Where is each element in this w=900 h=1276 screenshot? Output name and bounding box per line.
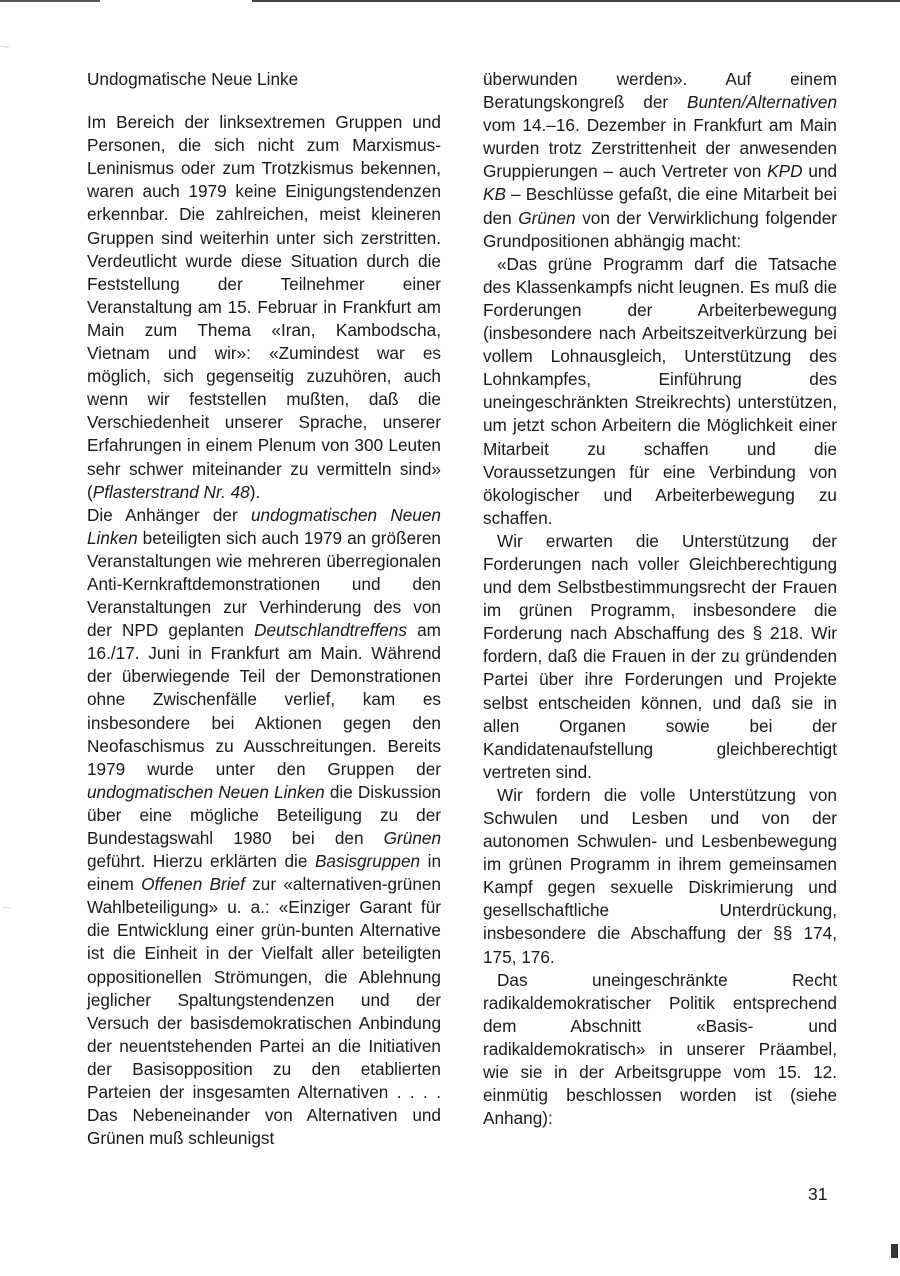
page-number: 31 <box>808 1184 827 1205</box>
paragraph: Das uneingeschränkte Recht radikaldemokr… <box>483 969 837 1131</box>
paragraph: «Das grüne Programm darf die Tatsache de… <box>483 253 837 530</box>
text-run: und <box>803 161 838 181</box>
text-run: am 16./17. Juni in Frankfurt am Main. Wä… <box>87 620 441 779</box>
text-run: Wir fordern die volle Unterstützung von … <box>483 785 837 967</box>
scan-artifact: ·.·····.· <box>2 905 10 911</box>
right-column: überwunden werden». Auf einem Beratungsk… <box>483 68 837 1130</box>
text-run: «Das grüne Programm darf die Tatsache de… <box>483 254 837 528</box>
left-column: Undogmatische Neue Linke Im Bereich der … <box>87 68 441 1150</box>
paragraph: Wir fordern die volle Unterstützung von … <box>483 784 837 969</box>
italic-term: Offenen Brief <box>141 874 245 894</box>
text-run: Die Anhänger der <box>87 505 251 525</box>
text-run: geführt. Hierzu erklärten die <box>87 851 315 871</box>
text-run: Wir erwarten die Unterstützung der Forde… <box>483 531 837 782</box>
italic-term: undogmatischen Neuen Linken <box>87 782 325 802</box>
paragraph: Wir erwarten die Unterstützung der Forde… <box>483 530 837 784</box>
paragraph: Im Bereich der linksextremen Gruppen und… <box>87 111 441 504</box>
paragraph: überwunden werden». Auf einem Beratungsk… <box>483 68 837 253</box>
top-scan-rule-left <box>0 0 100 2</box>
text-run: Im Bereich der linksextremen Gruppen und… <box>87 112 441 502</box>
italic-term: KB <box>483 184 506 204</box>
italic-term: Basisgruppen <box>315 851 420 871</box>
text-run: ). <box>250 482 261 502</box>
top-scan-rule <box>252 0 900 2</box>
italic-term: Deutschlandtreffens <box>254 620 407 640</box>
italic-term: Grünen <box>384 828 441 848</box>
right-column-paragraphs: überwunden werden». Auf einem Beratungsk… <box>483 68 837 1130</box>
paragraph: Die Anhänger der undogmatischen Neuen Li… <box>87 504 441 1151</box>
italic-term: KPD <box>767 161 802 181</box>
scan-edge-mark <box>891 1244 898 1258</box>
italic-term: Bunten/Alternativen <box>687 92 837 112</box>
italic-term: Pflasterstrand Nr. 48 <box>93 482 250 502</box>
italic-term: Grünen <box>518 208 575 228</box>
text-run: Das uneingeschränkte Recht radikaldemokr… <box>483 970 837 1129</box>
left-column-paragraphs: Im Bereich der linksextremen Gruppen und… <box>87 111 441 1150</box>
text-run: zur «alternativen-grünen Wahlbeteiligung… <box>87 874 441 1148</box>
scan-artifact: ·····.·.·· <box>0 44 9 50</box>
section-heading: Undogmatische Neue Linke <box>87 68 441 91</box>
